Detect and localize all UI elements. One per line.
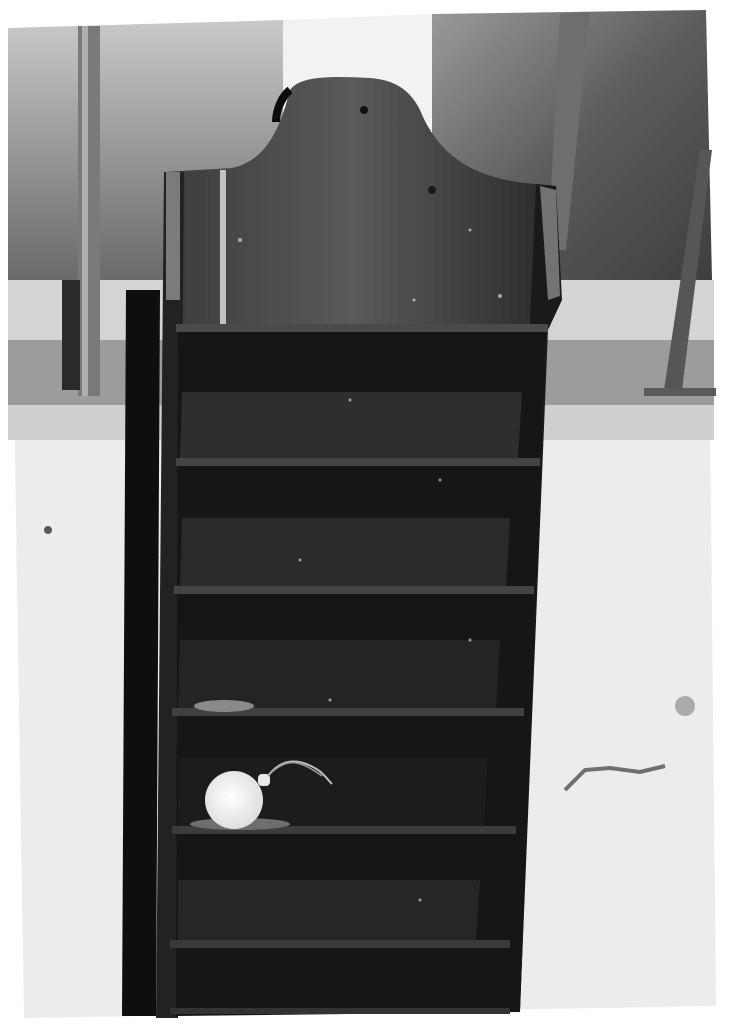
shelf-item: [194, 700, 254, 712]
shelf-3: [174, 586, 534, 594]
shelf-1: [176, 324, 548, 332]
shelf-6: [170, 940, 510, 948]
shelf-2: [176, 458, 540, 466]
rack-side-shadow: [122, 290, 160, 1016]
photograph: [0, 0, 751, 1024]
pole-left: [78, 26, 100, 396]
rack-photo-svg: [0, 0, 751, 1024]
shelf-7: [170, 1008, 510, 1014]
